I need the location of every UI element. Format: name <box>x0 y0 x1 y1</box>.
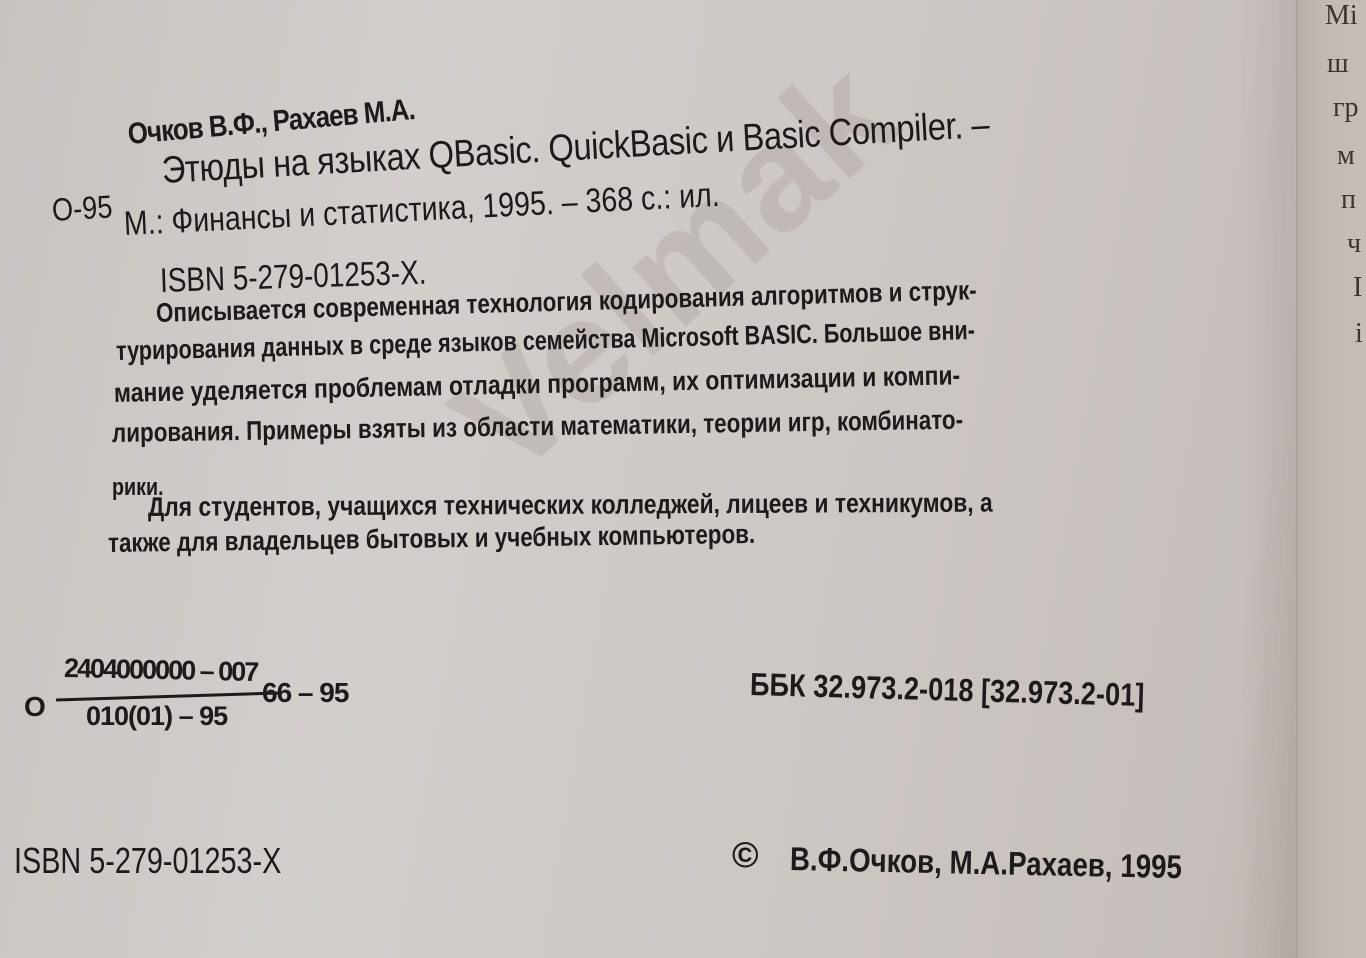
page-gutter-shadow <box>1240 0 1296 958</box>
adjacent-fragment: п <box>1341 184 1356 216</box>
bbk-code: ББК 32.973.2-018 [32.973.2-01] <box>749 666 1144 714</box>
fraction-bar <box>56 692 278 702</box>
adjacent-fragment: і <box>1355 318 1363 350</box>
copyright-text: В.Ф.Очков, М.А.Рахаев, 1995 <box>790 840 1183 886</box>
fraction-prefix: О <box>24 691 46 723</box>
fraction-numerator: 2404000000 – 007 <box>64 653 258 688</box>
adjacent-fragment: м <box>1337 140 1355 172</box>
adjacent-fragment: ш <box>1327 48 1349 80</box>
adjacent-fragment: гр <box>1333 92 1358 124</box>
copyright-symbol: © <box>732 834 759 876</box>
adjacent-fragment: ч <box>1347 228 1361 260</box>
audience-line-1: Для студентов, учащихся технических колл… <box>148 488 993 523</box>
adjacent-page-edge: Мі ш гр м п ч І і <box>1296 0 1366 958</box>
audience-line-2: также для владельцев бытовых и учебных к… <box>108 519 756 559</box>
index-code: О-95 <box>51 188 114 229</box>
adjacent-fragment: І <box>1353 272 1362 304</box>
fraction-denominator: 010(01) – 95 <box>86 701 227 732</box>
adjacent-fragment: Мі <box>1325 0 1358 32</box>
fraction-suffix: 66 – 95 <box>262 677 348 709</box>
isbn-footer: ISBN 5-279-01253-X <box>14 840 281 882</box>
book-page: Velmak Очков В.Ф., Рахаев М.А. О-95 Этюд… <box>0 0 1296 958</box>
